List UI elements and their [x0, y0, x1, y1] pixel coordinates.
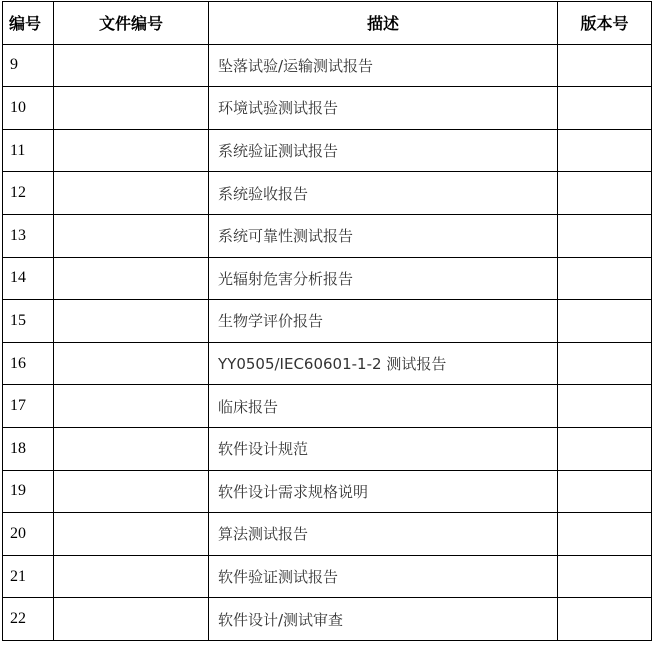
row-number: 10 [3, 87, 54, 130]
row-version [558, 257, 652, 300]
table-row: 19软件设计需求规格说明 [3, 470, 652, 513]
table-row: 15生物学评价报告 [3, 300, 652, 343]
row-number: 17 [3, 385, 54, 428]
row-description: 坠落试验/运输测试报告 [209, 44, 558, 87]
row-version [558, 598, 652, 641]
row-doc-number [54, 598, 209, 641]
table-row: 18软件设计规范 [3, 427, 652, 470]
row-number: 12 [3, 172, 54, 215]
row-description: 系统可靠性测试报告 [209, 214, 558, 257]
row-description: 软件设计需求规格说明 [209, 470, 558, 513]
header-doc-number: 文件编号 [54, 2, 209, 45]
row-version [558, 513, 652, 556]
row-version [558, 385, 652, 428]
row-number: 21 [3, 555, 54, 598]
row-doc-number [54, 385, 209, 428]
row-version [558, 172, 652, 215]
row-description: 环境试验测试报告 [209, 87, 558, 130]
row-description: 系统验证测试报告 [209, 129, 558, 172]
row-doc-number [54, 555, 209, 598]
row-version [558, 427, 652, 470]
row-number: 18 [3, 427, 54, 470]
row-description: 生物学评价报告 [209, 300, 558, 343]
table-row: 21软件验证测试报告 [3, 555, 652, 598]
row-version [558, 300, 652, 343]
table-row: 12系统验收报告 [3, 172, 652, 215]
row-doc-number [54, 257, 209, 300]
header-number: 编号 [3, 2, 54, 45]
row-number: 16 [3, 342, 54, 385]
table-row: 16YY0505/IEC60601-1-2 测试报告 [3, 342, 652, 385]
row-doc-number [54, 214, 209, 257]
row-doc-number [54, 129, 209, 172]
row-number: 19 [3, 470, 54, 513]
row-doc-number [54, 470, 209, 513]
row-doc-number [54, 44, 209, 87]
row-description: 算法测试报告 [209, 513, 558, 556]
row-doc-number [54, 172, 209, 215]
row-number: 15 [3, 300, 54, 343]
row-number: 11 [3, 129, 54, 172]
table-header-row: 编号 文件编号 描述 版本号 [3, 2, 652, 45]
table-row: 9坠落试验/运输测试报告 [3, 44, 652, 87]
table-row: 14光辐射危害分析报告 [3, 257, 652, 300]
row-version [558, 470, 652, 513]
row-version [558, 555, 652, 598]
row-number: 22 [3, 598, 54, 641]
table-row: 11系统验证测试报告 [3, 129, 652, 172]
header-description: 描述 [209, 2, 558, 45]
row-doc-number [54, 300, 209, 343]
table-row: 20算法测试报告 [3, 513, 652, 556]
row-number: 9 [3, 44, 54, 87]
row-doc-number [54, 342, 209, 385]
table-row: 10环境试验测试报告 [3, 87, 652, 130]
row-version [558, 129, 652, 172]
row-description: YY0505/IEC60601-1-2 测试报告 [209, 342, 558, 385]
table-row: 13系统可靠性测试报告 [3, 214, 652, 257]
document-list-table: 编号 文件编号 描述 版本号 9坠落试验/运输测试报告10环境试验测试报告11系… [2, 1, 652, 641]
table-row: 22软件设计/测试审查 [3, 598, 652, 641]
row-description: 软件设计规范 [209, 427, 558, 470]
row-version [558, 342, 652, 385]
row-number: 20 [3, 513, 54, 556]
row-version [558, 44, 652, 87]
row-doc-number [54, 427, 209, 470]
row-description: 系统验收报告 [209, 172, 558, 215]
row-description: 临床报告 [209, 385, 558, 428]
row-number: 13 [3, 214, 54, 257]
table-row: 17临床报告 [3, 385, 652, 428]
row-description: 软件设计/测试审查 [209, 598, 558, 641]
row-description: 光辐射危害分析报告 [209, 257, 558, 300]
row-description: 软件验证测试报告 [209, 555, 558, 598]
row-version [558, 214, 652, 257]
row-doc-number [54, 87, 209, 130]
row-doc-number [54, 513, 209, 556]
header-version: 版本号 [558, 2, 652, 45]
row-version [558, 87, 652, 130]
row-number: 14 [3, 257, 54, 300]
